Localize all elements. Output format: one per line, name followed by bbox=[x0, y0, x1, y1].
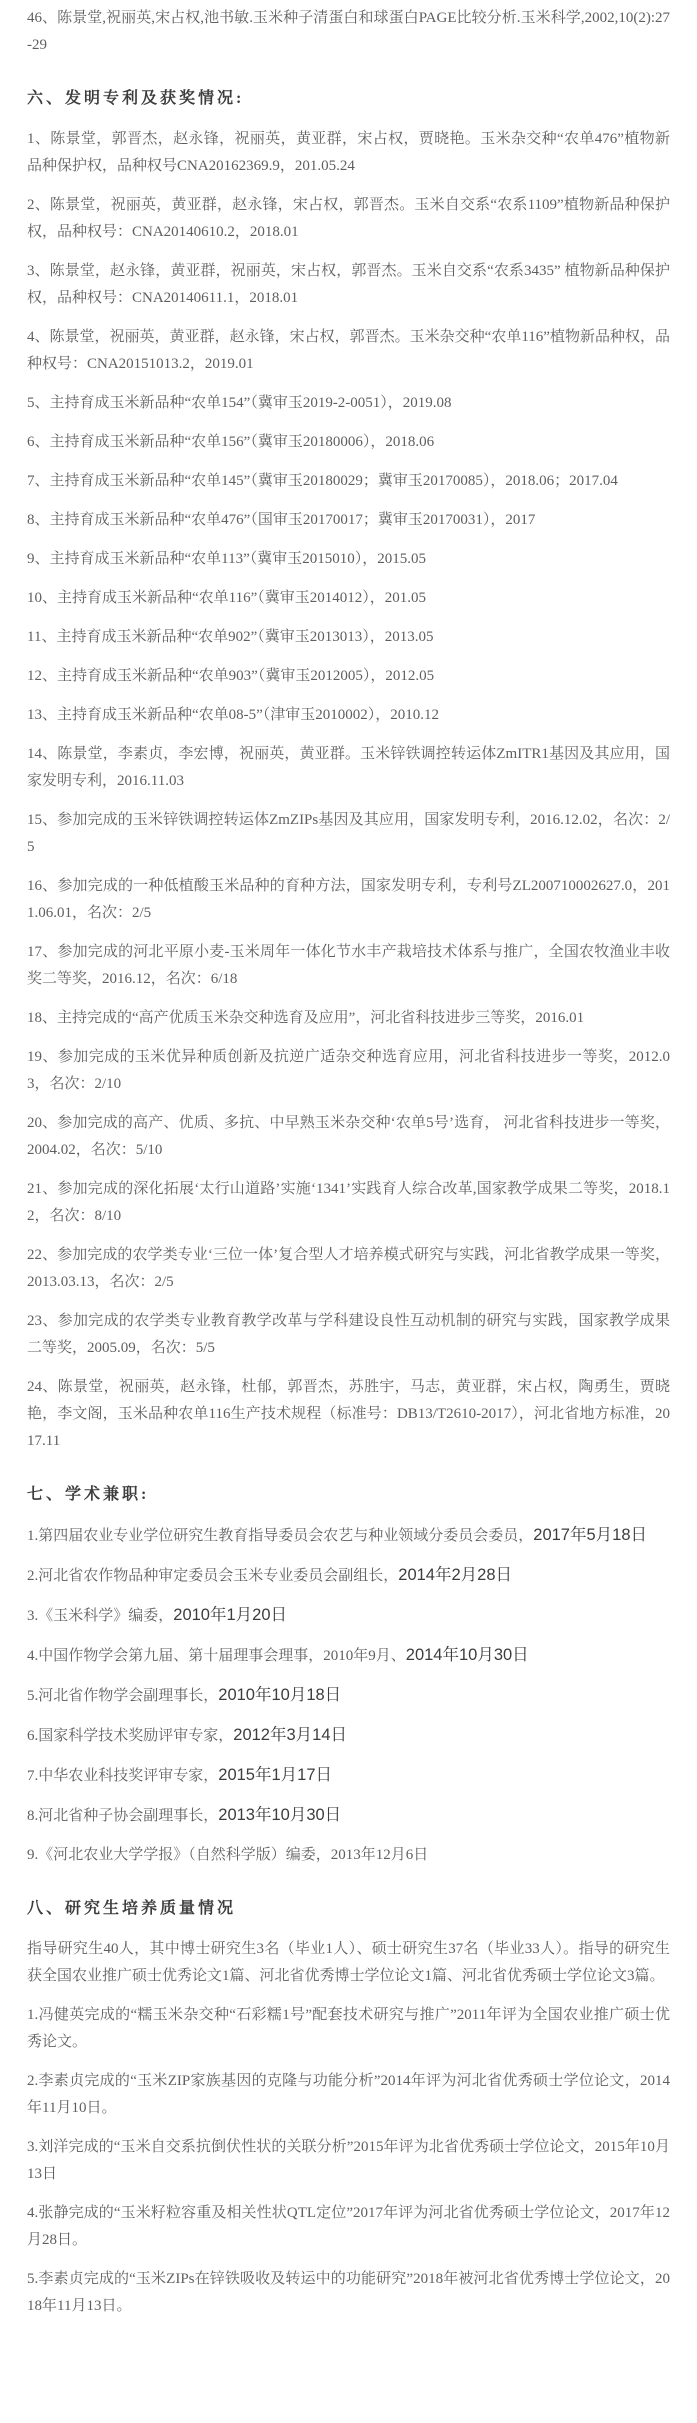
list-item: 7、主持育成玉米新品种“农单145”（冀审玉20180029；冀审玉201700… bbox=[27, 468, 670, 495]
item-body-text: 1.冯健英完成的“糯玉米杂交种“石彩糯1号”配套技术研究与推广”2011年评为全… bbox=[27, 2007, 670, 2050]
item-body-text: 11、主持育成玉米新品种“农单902”（冀审玉2013013），2013.05 bbox=[27, 629, 434, 645]
section-items-academic-positions: 1.第四届农业专业学位研究生教育指导委员会农艺与种业领域分委员会委员，2017年… bbox=[27, 1522, 670, 1869]
item-body-text: 3、陈景堂，赵永锋，黄亚群，祝丽英，宋占权，郭晋杰。玉米自交系“农系3435” … bbox=[27, 263, 670, 306]
cv-document-page: 46、陈景堂,祝丽英,宋占权,池书敏.玉米种子清蛋白和球蛋白PAGE比较分析.玉… bbox=[0, 0, 697, 2346]
list-item: 4、陈景堂，祝丽英，黄亚群，赵永锋，宋占权，郭晋杰。玉米杂交种“农单116”植物… bbox=[27, 324, 670, 378]
section-items-graduate-training: 指导研究生40人，其中博士研究生3名（毕业1人）、硕士研究生37名（毕业33人）… bbox=[27, 1936, 670, 2320]
item-date-text: 2014年2月28日 bbox=[398, 1566, 512, 1584]
item-body-text: 4、陈景堂，祝丽英，黄亚群，赵永锋，宋占权，郭晋杰。玉米杂交种“农单116”植物… bbox=[27, 329, 670, 372]
item-body-text: 21、参加完成的深化拓展‘太行山道路’实施‘1341’实践育人综合改革,国家教学… bbox=[27, 1181, 670, 1224]
item-body-text: 6、主持育成玉米新品种“农单156”（冀审玉20180006），2018.06 bbox=[27, 434, 434, 450]
list-item: 1.第四届农业专业学位研究生教育指导委员会农艺与种业领域分委员会委员，2017年… bbox=[27, 1522, 670, 1550]
list-item: 1.冯健英完成的“糯玉米杂交种“石彩糯1号”配套技术研究与推广”2011年评为全… bbox=[27, 2002, 670, 2056]
list-item: 15、参加完成的玉米锌铁调控转运体ZmZIPs基因及其应用，国家发明专利，201… bbox=[27, 807, 670, 861]
list-item: 24、陈景堂，祝丽英，赵永锋，杜郁，郭晋杰，苏胜宇，马志，黄亚群，宋占权，陶勇生… bbox=[27, 1374, 670, 1455]
item-body-text: 2.李素贞完成的“玉米ZIP家族基因的克隆与功能分析”2014年评为河北省优秀硕… bbox=[27, 2073, 670, 2116]
item-body-text: 3.《玉米科学》编委， bbox=[27, 1608, 173, 1624]
item-body-text: 8、主持育成玉米新品种“农单476”（国审玉20170017；冀审玉201700… bbox=[27, 512, 535, 528]
list-item: 4.中国作物学会第九届、第十届理事会理事，2010年9月、2014年10月30日 bbox=[27, 1642, 670, 1670]
list-item: 2.河北省农作物品种审定委员会玉米专业委员会副组长，2014年2月28日 bbox=[27, 1562, 670, 1590]
item-date-text: 2014年10月30日 bbox=[406, 1646, 529, 1664]
item-body-text: 指导研究生40人，其中博士研究生3名（毕业1人）、硕士研究生37名（毕业33人）… bbox=[27, 1941, 670, 1984]
list-item: 21、参加完成的深化拓展‘太行山道路’实施‘1341’实践育人综合改革,国家教学… bbox=[27, 1176, 670, 1230]
item-body-text: 4.张静完成的“玉米籽粒容重及相关性状QTL定位”2017年评为河北省优秀硕士学… bbox=[27, 2205, 670, 2248]
list-item: 2、陈景堂，祝丽英，黄亚群，赵永锋，宋占权，郭晋杰。玉米自交系“农系1109”植… bbox=[27, 192, 670, 246]
item-body-text: 14、陈景堂，李素贞，李宏博，祝丽英，黄亚群。玉米锌铁调控转运体ZmITR1基因… bbox=[27, 746, 670, 789]
item-body-text: 17、参加完成的河北平原小麦-玉米周年一体化节水丰产栽培技术体系与推广，全国农牧… bbox=[27, 944, 670, 987]
item-date-text: 2010年1月20日 bbox=[173, 1606, 287, 1624]
item-body-text: 4.中国作物学会第九届、第十届理事会理事，2010年9月、 bbox=[27, 1648, 406, 1664]
section-heading-academic-positions: 七、学术兼职: bbox=[27, 1481, 670, 1508]
list-item: 4.张静完成的“玉米籽粒容重及相关性状QTL定位”2017年评为河北省优秀硕士学… bbox=[27, 2200, 670, 2254]
list-item: 12、主持育成玉米新品种“农单903”（冀审玉2012005），2012.05 bbox=[27, 663, 670, 690]
section-academic-positions: 七、学术兼职: 1.第四届农业专业学位研究生教育指导委员会农艺与种业领域分委员会… bbox=[27, 1481, 670, 1869]
item-body-text: 20、参加完成的高产、优质、多抗、中早熟玉米杂交种‘农单5号’选育， 河北省科技… bbox=[27, 1115, 670, 1158]
list-item: 7.中华农业科技奖评审专家，2015年1月17日 bbox=[27, 1762, 670, 1790]
list-item: 17、参加完成的河北平原小麦-玉米周年一体化节水丰产栽培技术体系与推广，全国农牧… bbox=[27, 939, 670, 993]
item-body-text: 7、主持育成玉米新品种“农单145”（冀审玉20180029；冀审玉201700… bbox=[27, 473, 618, 489]
item-date-text: 2010年10月18日 bbox=[218, 1686, 341, 1704]
list-item: 3、陈景堂，赵永锋，黄亚群，祝丽英，宋占权，郭晋杰。玉米自交系“农系3435” … bbox=[27, 258, 670, 312]
list-item: 9.《河北农业大学学报》（自然科学版）编委，2013年12月6日 bbox=[27, 1842, 670, 1869]
item-body-text: 10、主持育成玉米新品种“农单116”（冀审玉2014012），201.05 bbox=[27, 590, 426, 606]
list-item: 11、主持育成玉米新品种“农单902”（冀审玉2013013），2013.05 bbox=[27, 624, 670, 651]
list-item: 23、参加完成的农学类专业教育教学改革与学科建设良性互动机制的研究与实践，国家教… bbox=[27, 1308, 670, 1362]
item-body-text: 7.中华农业科技奖评审专家， bbox=[27, 1768, 218, 1784]
item-body-text: 24、陈景堂，祝丽英，赵永锋，杜郁，郭晋杰，苏胜宇，马志，黄亚群，宋占权，陶勇生… bbox=[27, 1379, 670, 1449]
list-item: 16、参加完成的一种低植酸玉米品种的育种方法，国家发明专利，专利号ZL20071… bbox=[27, 873, 670, 927]
item-body-text: 5.河北省作物学会副理事长， bbox=[27, 1688, 218, 1704]
item-body-text: 9.《河北农业大学学报》（自然科学版）编委，2013年12月6日 bbox=[27, 1847, 428, 1863]
list-item: 8.河北省种子协会副理事长，2013年10月30日 bbox=[27, 1802, 670, 1830]
item-body-text: 15、参加完成的玉米锌铁调控转运体ZmZIPs基因及其应用，国家发明专利，201… bbox=[27, 812, 670, 855]
list-item: 6.国家科学技术奖励评审专家，2012年3月14日 bbox=[27, 1722, 670, 1750]
list-item: 8、主持育成玉米新品种“农单476”（国审玉20170017；冀审玉201700… bbox=[27, 507, 670, 534]
item-date-text: 2015年1月17日 bbox=[218, 1766, 332, 1784]
list-item: 20、参加完成的高产、优质、多抗、中早熟玉米杂交种‘农单5号’选育， 河北省科技… bbox=[27, 1110, 670, 1164]
item-body-text: 22、参加完成的农学类专业‘三位一体’复合型人才培养模式研究与实践，河北省教学成… bbox=[27, 1247, 670, 1290]
item-body-text: 23、参加完成的农学类专业教育教学改革与学科建设良性互动机制的研究与实践，国家教… bbox=[27, 1313, 670, 1356]
item-body-text: 2.河北省农作物品种审定委员会玉米专业委员会副组长， bbox=[27, 1568, 398, 1584]
item-date-text: 2013年10月30日 bbox=[218, 1806, 341, 1824]
item-body-text: 16、参加完成的一种低植酸玉米品种的育种方法，国家发明专利，专利号ZL20071… bbox=[27, 878, 670, 921]
item-body-text: 5.李素贞完成的“玉米ZIPs在锌铁吸收及转运中的功能研究”2018年被河北省优… bbox=[27, 2271, 670, 2314]
section-heading-graduate-training: 八、研究生培养质量情况 bbox=[27, 1895, 670, 1922]
list-item: 3.刘洋完成的“玉米自交系抗倒伏性状的关联分析”2015年评为北省优秀硕士学位论… bbox=[27, 2134, 670, 2188]
item-body-text: 13、主持育成玉米新品种“农单08-5”（津审玉2010002），2010.12 bbox=[27, 707, 439, 723]
item-body-text: 18、主持完成的“高产优质玉米杂交种选育及应用”，河北省科技进步三等奖，2016… bbox=[27, 1010, 584, 1026]
item-body-text: 1、陈景堂，郭晋杰，赵永锋，祝丽英，黄亚群，宋占权，贾晓艳。玉米杂交种“农单47… bbox=[27, 131, 670, 174]
item-body-text: 6.国家科学技术奖励评审专家， bbox=[27, 1728, 233, 1744]
item-date-text: 2017年5月18日 bbox=[533, 1526, 647, 1544]
list-item: 3.《玉米科学》编委，2010年1月20日 bbox=[27, 1602, 670, 1630]
item-date-text: 2012年3月14日 bbox=[233, 1726, 347, 1744]
list-item: 5.李素贞完成的“玉米ZIPs在锌铁吸收及转运中的功能研究”2018年被河北省优… bbox=[27, 2266, 670, 2320]
list-item: 5.河北省作物学会副理事长，2010年10月18日 bbox=[27, 1682, 670, 1710]
list-item: 22、参加完成的农学类专业‘三位一体’复合型人才培养模式研究与实践，河北省教学成… bbox=[27, 1242, 670, 1296]
list-item: 18、主持完成的“高产优质玉米杂交种选育及应用”，河北省科技进步三等奖，2016… bbox=[27, 1005, 670, 1032]
list-item: 5、主持育成玉米新品种“农单154”（冀审玉2019-2-0051），2019.… bbox=[27, 390, 670, 417]
list-item: 10、主持育成玉米新品种“农单116”（冀审玉2014012），201.05 bbox=[27, 585, 670, 612]
item-body-text: 3.刘洋完成的“玉米自交系抗倒伏性状的关联分析”2015年评为北省优秀硕士学位论… bbox=[27, 2139, 670, 2182]
item-body-text: 19、参加完成的玉米优异种质创新及抗逆广适杂交种选育应用，河北省科技进步一等奖，… bbox=[27, 1049, 670, 1092]
item-body-text: 12、主持育成玉米新品种“农单903”（冀审玉2012005），2012.05 bbox=[27, 668, 434, 684]
list-item: 指导研究生40人，其中博士研究生3名（毕业1人）、硕士研究生37名（毕业33人）… bbox=[27, 1936, 670, 1990]
list-item: 6、主持育成玉米新品种“农单156”（冀审玉20180006），2018.06 bbox=[27, 429, 670, 456]
list-item: 1、陈景堂，郭晋杰，赵永锋，祝丽英，黄亚群，宋占权，贾晓艳。玉米杂交种“农单47… bbox=[27, 126, 670, 180]
publication-item-46: 46、陈景堂,祝丽英,宋占权,池书敏.玉米种子清蛋白和球蛋白PAGE比较分析.玉… bbox=[27, 5, 670, 59]
section-patents-and-awards: 六、发明专利及获奖情况: 1、陈景堂，郭晋杰，赵永锋，祝丽英，黄亚群，宋占权，贾… bbox=[27, 85, 670, 1455]
item-body-text: 8.河北省种子协会副理事长， bbox=[27, 1808, 218, 1824]
list-item: 2.李素贞完成的“玉米ZIP家族基因的克隆与功能分析”2014年评为河北省优秀硕… bbox=[27, 2068, 670, 2122]
list-item: 19、参加完成的玉米优异种质创新及抗逆广适杂交种选育应用，河北省科技进步一等奖，… bbox=[27, 1044, 670, 1098]
section-items-patents: 1、陈景堂，郭晋杰，赵永锋，祝丽英，黄亚群，宋占权，贾晓艳。玉米杂交种“农单47… bbox=[27, 126, 670, 1455]
section-graduate-training: 八、研究生培养质量情况 指导研究生40人，其中博士研究生3名（毕业1人）、硕士研… bbox=[27, 1895, 670, 2320]
item-body-text: 5、主持育成玉米新品种“农单154”（冀审玉2019-2-0051），2019.… bbox=[27, 395, 452, 411]
item-body-text: 2、陈景堂，祝丽英，黄亚群，赵永锋，宋占权，郭晋杰。玉米自交系“农系1109”植… bbox=[27, 197, 670, 240]
list-item: 14、陈景堂，李素贞，李宏博，祝丽英，黄亚群。玉米锌铁调控转运体ZmITR1基因… bbox=[27, 741, 670, 795]
item-body-text: 1.第四届农业专业学位研究生教育指导委员会农艺与种业领域分委员会委员， bbox=[27, 1528, 533, 1544]
item-body-text: 9、主持育成玉米新品种“农单113”（冀审玉2015010），2015.05 bbox=[27, 551, 426, 567]
section-heading-patents: 六、发明专利及获奖情况: bbox=[27, 85, 670, 112]
list-item: 13、主持育成玉米新品种“农单08-5”（津审玉2010002），2010.12 bbox=[27, 702, 670, 729]
list-item: 9、主持育成玉米新品种“农单113”（冀审玉2015010），2015.05 bbox=[27, 546, 670, 573]
